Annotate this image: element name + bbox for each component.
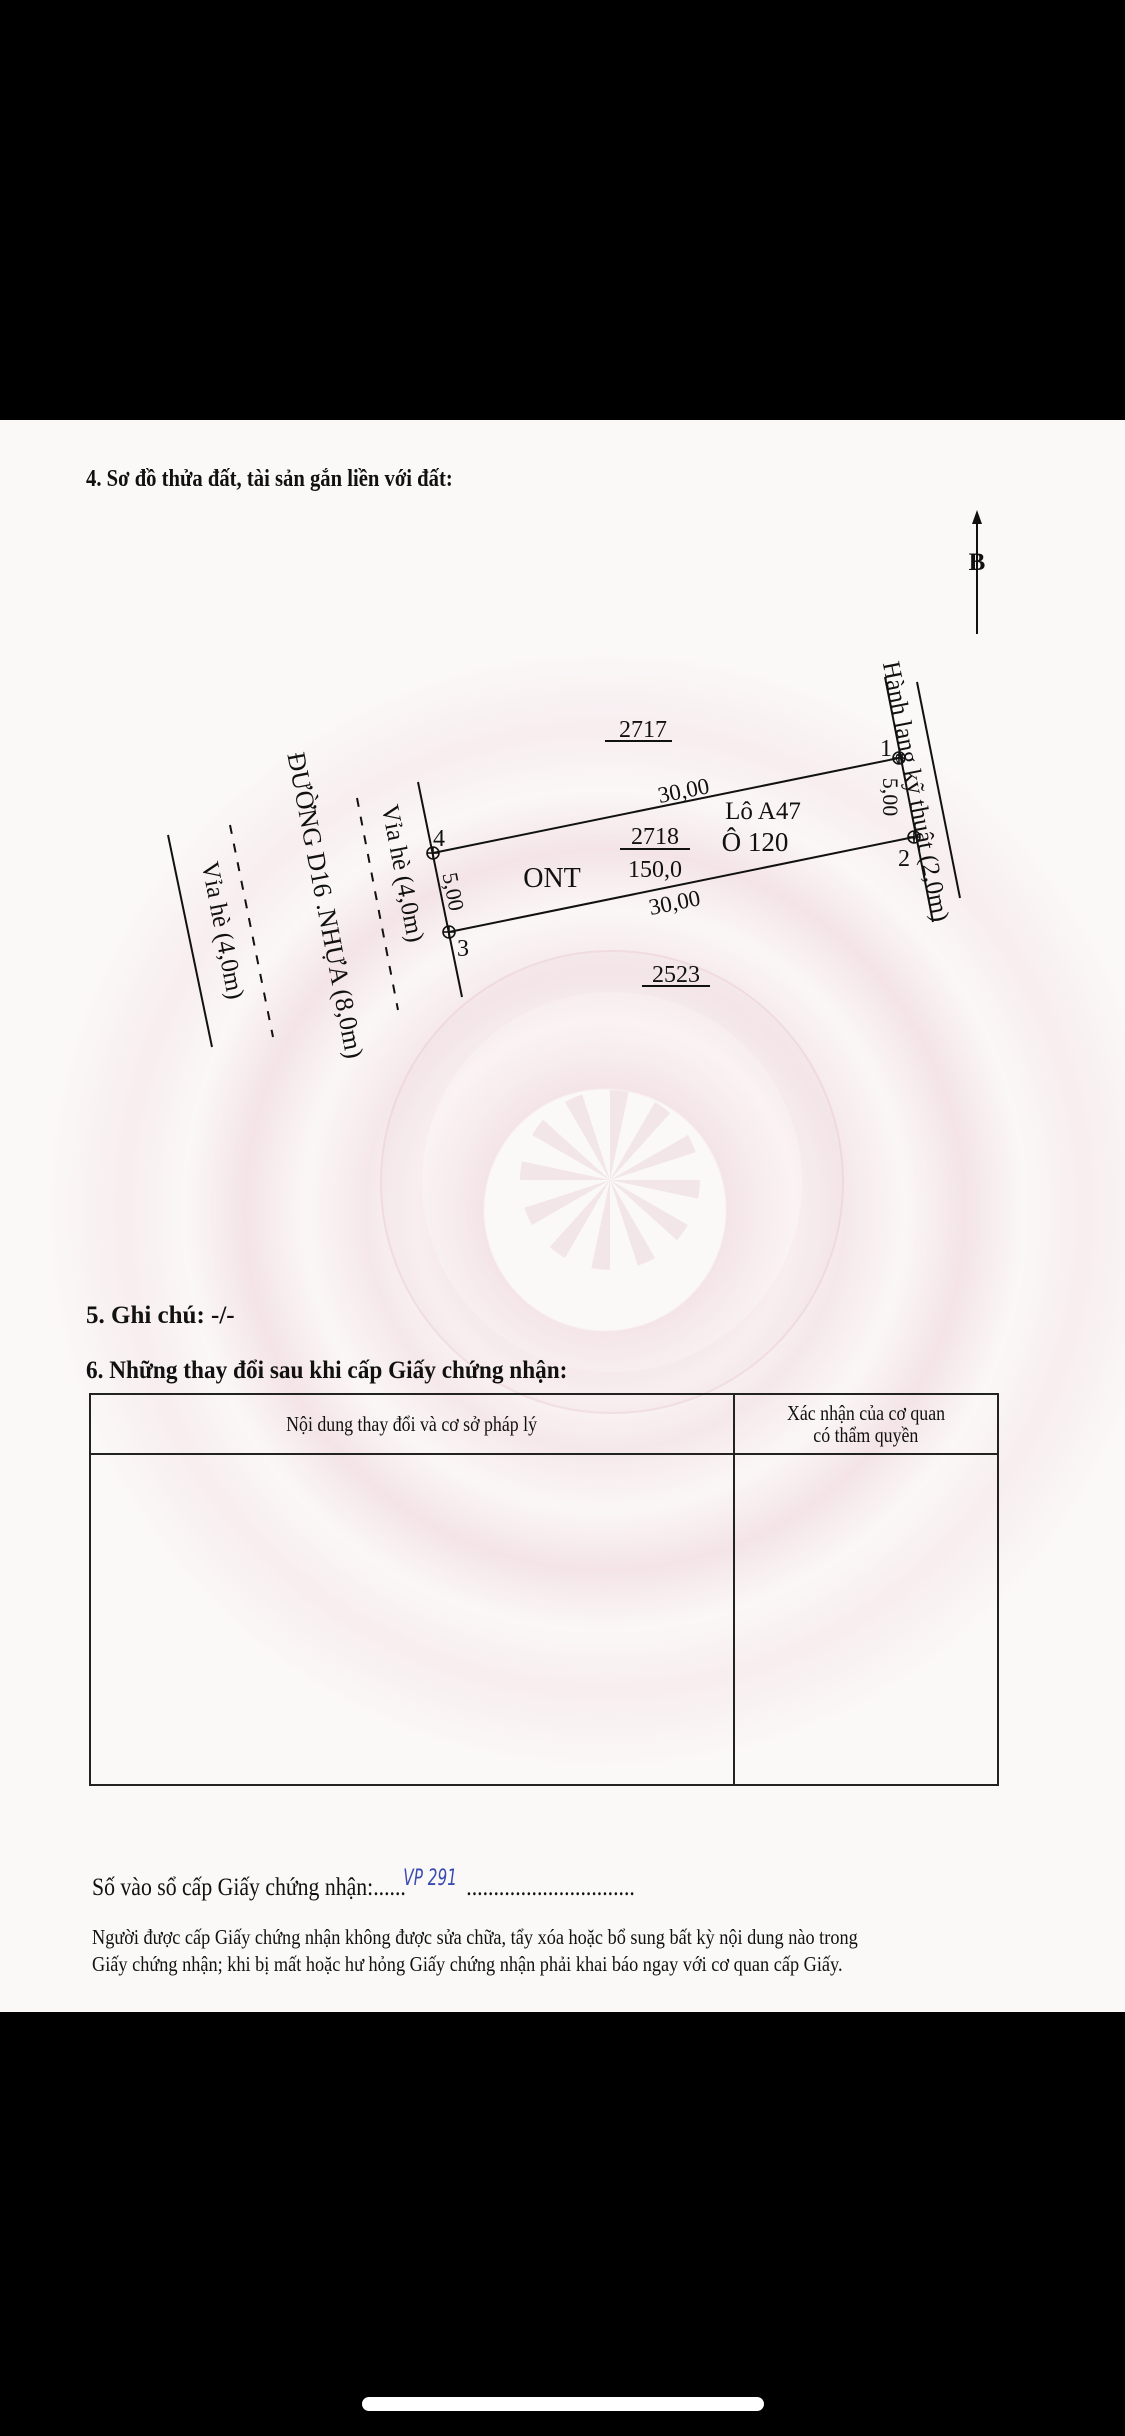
change-content-cell <box>90 1454 734 1785</box>
register-handwritten-value: VP 291 <box>403 1866 457 1891</box>
table-header-row: Nội dung thay đổi và cơ sở pháp lý Xác n… <box>90 1394 998 1454</box>
section-5-notes: 5. Ghi chú: -/- <box>86 1302 235 1330</box>
warning-line-1: Người được cấp Giấy chứng nhận không đượ… <box>92 1924 1032 1951</box>
parcel-area: 150,0 <box>628 857 682 883</box>
edge-top-length: 30,00 <box>656 773 712 808</box>
sidewalk-label-left: Vỉa hè (4,0m) <box>196 860 249 1002</box>
register-label: Số vào sổ cấp Giấy chứng nhận: <box>92 1874 373 1901</box>
neighbor-north-label: 2717 <box>619 717 667 743</box>
registration-number-line: Số vào sổ cấp Giấy chứng nhận:......VP29… <box>92 1874 635 1902</box>
section-6-title: 6. Những thay đổi sau khi cấp Giấy chứng… <box>86 1357 567 1385</box>
land-parcel-diagram: B 1 2 3 4 2717 2523 2718 150,0 ONT Lô A4… <box>0 0 1125 2436</box>
vertex-3-label: 3 <box>457 936 469 962</box>
road-label: ĐƯỜNG D16 .NHỰA (8,0m) <box>281 750 369 1061</box>
parcel-edge-bottom <box>449 837 914 932</box>
vertex-2-label: 2 <box>898 846 910 872</box>
edge-right-length: 5,00 <box>878 778 903 817</box>
parcel-number: 2718 <box>631 824 679 850</box>
vertex-4-label: 4 <box>433 826 445 852</box>
north-arrow-icon: B <box>969 510 986 634</box>
edge-left-length: 5,00 <box>437 870 469 913</box>
home-indicator[interactable] <box>362 2397 764 2411</box>
authority-confirmation-cell <box>734 1454 998 1785</box>
vertex-1-label: 1 <box>880 736 892 762</box>
north-label: B <box>969 549 986 576</box>
certificate-warning: Người được cấp Giấy chứng nhận không đượ… <box>92 1924 1032 1978</box>
warning-line-2: Giấy chứng nhận; khi bị mất hoặc hư hỏng… <box>92 1951 1032 1978</box>
header-authority-confirmation: Xác nhận của cơ quan có thẩm quyền <box>734 1394 998 1454</box>
lot-label: Lô A47 <box>725 798 801 825</box>
table-row <box>90 1454 998 1785</box>
header-change-content: Nội dung thay đổi và cơ sở pháp lý <box>90 1394 734 1454</box>
sidewalk-label-right: Vỉa hè (4,0m) <box>376 803 429 945</box>
changes-table: Nội dung thay đổi và cơ sở pháp lý Xác n… <box>89 1393 999 1786</box>
neighbor-south-label: 2523 <box>652 962 700 988</box>
land-use-code: ONT <box>523 863 581 894</box>
plot-label: Ô 120 <box>722 827 789 857</box>
